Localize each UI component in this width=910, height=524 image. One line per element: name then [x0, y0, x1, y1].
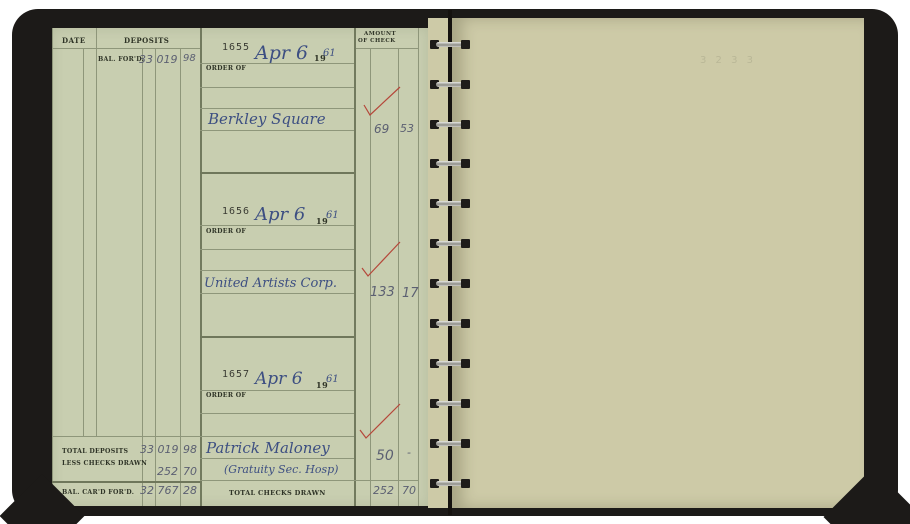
row-line [200, 458, 354, 459]
row-line [200, 390, 354, 391]
row-line [200, 225, 354, 226]
spiral-ring-icon [430, 399, 470, 408]
row-line [200, 293, 354, 294]
total-checks-drawn-cents: 70 [402, 484, 416, 497]
check-payee: Patrick Maloney [206, 439, 330, 457]
right-page-blank [452, 18, 864, 508]
stub-divider [200, 336, 354, 338]
row-line [200, 130, 354, 131]
col-line [142, 48, 143, 506]
check-date: Apr 6 [255, 42, 308, 64]
less-checks-drawn-dollars: 252 [157, 465, 178, 478]
faint-bleed-through-text: 3 2 3 3 [700, 55, 756, 66]
check-amount-dollars: 50 [376, 448, 394, 464]
check-amount-dollars: 133 [370, 285, 395, 300]
year-suffix: 61 [323, 48, 336, 59]
row-line [200, 87, 354, 88]
check-payee-note: (Gratuity Sec. Hosp) [224, 463, 338, 476]
bal-carried-forward-dollars: 32 767 [140, 484, 179, 497]
spiral-ring-icon [430, 479, 470, 488]
spiral-ring-icon [430, 359, 470, 368]
left-page-check-register: DATE DEPOSITS AMOUNT OF CHECK BAL. FOR'D… [52, 28, 428, 506]
order-of-label: ORDER OF [206, 228, 246, 235]
total-deposits-label: TOTAL DEPOSITS [62, 448, 128, 455]
totals-divider [52, 481, 200, 483]
amount-total-line [354, 480, 418, 481]
col-line [180, 48, 181, 506]
col-line [52, 28, 53, 506]
bal-carried-forward-label: BAL. CAR'D FOR'D. [62, 489, 134, 496]
reconciled-checkmark-icon [362, 83, 402, 117]
col-line [418, 28, 419, 506]
date-header: DATE [62, 36, 86, 45]
bal-carried-forward-cents: 28 [183, 484, 197, 497]
bal-forward-cents: 98 [183, 53, 196, 64]
year-suffix: 61 [326, 374, 339, 385]
col-line [354, 28, 356, 506]
check-payee: Berkley Square [208, 110, 326, 128]
row-line [200, 413, 354, 414]
totals-top-line [52, 436, 200, 437]
less-checks-drawn-label: LESS CHECKS DRAWN [62, 460, 147, 467]
col-line [96, 28, 97, 436]
less-checks-drawn-cents: 70 [183, 465, 197, 478]
check-number: 1656 [222, 206, 250, 217]
check-amount-dollars: 69 [374, 122, 389, 136]
total-deposits-cents: 98 [183, 443, 197, 456]
reconciled-checkmark-icon [360, 238, 404, 278]
row-line [200, 108, 354, 109]
total-checks-drawn-label: TOTAL CHECKS DRAWN [229, 489, 326, 497]
spiral-ring-icon [430, 199, 470, 208]
spiral-ring-icon [430, 239, 470, 248]
check-date: Apr 6 [255, 369, 303, 389]
spiral-ring-icon [430, 120, 470, 129]
check-amount-cents: 53 [400, 122, 414, 135]
spiral-ring-icon [430, 279, 470, 288]
total-checks-drawn-dollars: 252 [373, 484, 394, 497]
deposits-header: DEPOSITS [124, 36, 169, 45]
year-suffix: 61 [326, 210, 339, 221]
amount-header-line2: OF CHECK [358, 38, 396, 44]
spiral-ring-icon [430, 40, 470, 49]
spiral-ring-icon [430, 439, 470, 448]
check-amount-cents: - [407, 446, 411, 459]
check-number: 1655 [222, 42, 250, 53]
row-line [200, 270, 354, 271]
col-line [155, 48, 156, 506]
spiral-ring-icon [430, 319, 470, 328]
check-date: Apr 6 [255, 204, 305, 225]
stub-divider [200, 172, 354, 174]
check-number: 1657 [222, 369, 250, 380]
col-line [83, 48, 84, 436]
reconciled-checkmark-icon [358, 400, 404, 442]
amount-header-line1: AMOUNT [364, 31, 396, 37]
total-deposits-dollars: 33 019 [140, 443, 179, 456]
row-line [200, 480, 354, 481]
row-line [200, 249, 354, 250]
amount-header-divider [354, 48, 418, 49]
row-line [200, 436, 354, 437]
spiral-ring-icon [430, 80, 470, 89]
order-of-label: ORDER OF [206, 65, 246, 72]
spiral-ring-icon [430, 159, 470, 168]
bal-forward-label: BAL. FOR'D. [98, 56, 144, 63]
col-line [200, 28, 202, 506]
check-payee: United Artists Corp. [204, 276, 337, 291]
header-divider [52, 48, 200, 49]
check-amount-cents: 17 [402, 286, 419, 301]
order-of-label: ORDER OF [206, 392, 246, 399]
bal-forward-dollars: 33 019 [139, 53, 178, 66]
